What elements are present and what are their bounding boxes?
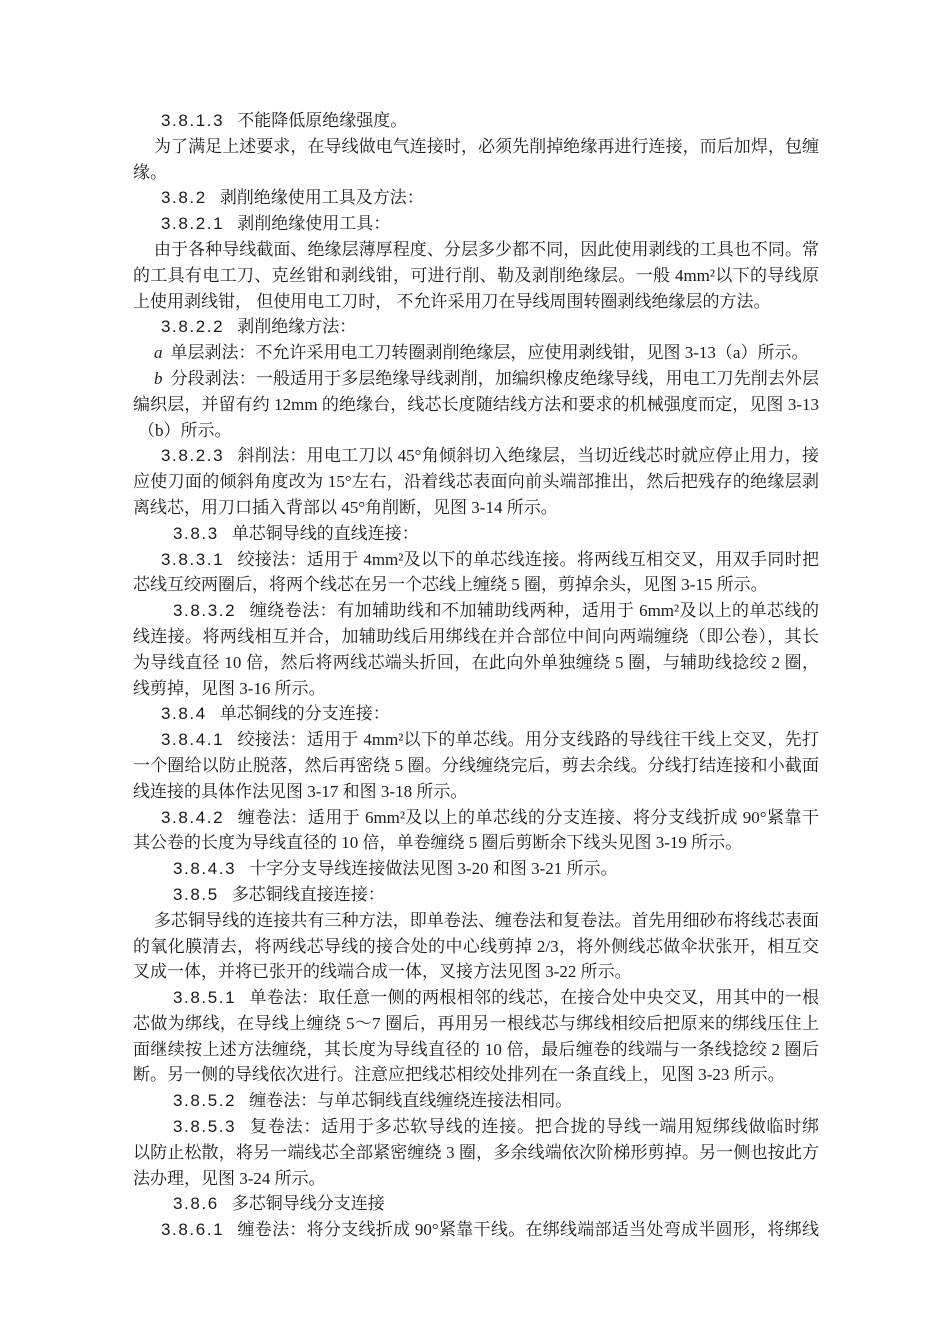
- line-text: （b）所示。: [138, 421, 232, 440]
- text-line: 面继续按上述方法缠绕，其长度为导线直径的 10 倍，最后缠卷的线端与一条线捻绞 …: [133, 1037, 819, 1063]
- line-text: 复卷法：适用于多芯软导线的连接。把合拢的导线一端用短绑线做临时绑扎、: [173, 1117, 819, 1140]
- text-line: 线连接。将两线相互并合，加辅助线后用绑线在并合部位中间向两端缠绕（即公卷），其长…: [133, 624, 819, 650]
- line-text: 离线芯，用刀口插入背部以 45°角削断，见图 3-14 所示。: [133, 498, 558, 517]
- line-text: 为导线直径 10 倍，然后将两线芯端头折回，在此向外单独缠绕 5 圈，与辅助线捻…: [133, 653, 819, 676]
- section-number: 3.8.3: [173, 524, 219, 543]
- text-line: 3.8.6多芯铜导线分支连接: [133, 1191, 819, 1217]
- text-line: 3.8.3.2缠绕卷法：有加辅助线和不加辅助线两种，适用于 6mm²及以上的单芯…: [133, 598, 819, 624]
- text-line: 芯做为绑线，在导线上缠绕 5～7 圈后，再用另一根线芯与绑线相绞后把原来的绑线压…: [133, 1011, 819, 1037]
- line-text: 缘。: [133, 163, 167, 182]
- section-number: 3.8.5.2: [173, 1091, 236, 1110]
- line-text: 以防止松散，将另一端线芯全部紧密缠绕 3 圈，多余线端依次阶梯形剪掉。另一侧也按…: [133, 1143, 819, 1162]
- section-number: 3.8.3.1: [161, 550, 224, 569]
- line-text: 应使刀面的倾斜角度改为 15°左右，沿着线芯表面向前头端部推出，然后把残存的绝缘…: [133, 472, 819, 491]
- line-text: 单卷法：取任意一侧的两根相邻的线芯，在接合处中央交叉，用其中的一根线: [173, 988, 819, 1011]
- line-text: 线连接的具体作法见图 3-17 和图 3-18 所示。: [133, 782, 467, 801]
- text-line: 3.8.2剥削绝缘使用工具及方法：: [133, 185, 819, 211]
- line-text: 分段剥法：一般适用于多层绝缘导线剥削，加编织橡皮绝缘导线，用电工刀先削去外层: [171, 369, 820, 388]
- text-line: 其公卷的长度为导线直径的 10 倍，单卷缠绕 5 圈后剪断余下线头见图 3-19…: [133, 830, 819, 856]
- line-text: 线连接。将两线相互并合，加辅助线后用绑线在并合部位中间向两端缠绕（即公卷），其长…: [133, 627, 819, 650]
- line-text: 多芯铜导线的连接共有三种方法，即单卷法、缠卷法和复卷法。首先用细砂布将线芯表面: [154, 911, 819, 930]
- text-line: 3.8.2.1剥削绝缘使用工具：: [133, 211, 819, 237]
- line-text: 的工具有电工刀、克丝钳和剥线钳，可进行削、勒及剥削绝缘层。一般 4mm²以下的导…: [133, 266, 819, 289]
- text-line: 一个圈给以防止脱落，然后再密绕 5 圈。分线缠绕完后，剪去余线。分线打结连接和小…: [133, 753, 819, 779]
- line-text: 的氧化膜清去，将两线芯导线的接合处的中心线剪掉 2/3，将外侧线芯做伞状张开，相…: [133, 937, 819, 960]
- section-number: 3.8.2.2: [161, 317, 224, 336]
- text-line: 缘。: [133, 160, 819, 186]
- text-line: 编织层，并留有约 12mm 的绝缘台，线芯长度随结线方法和要求的机械强度而定，见…: [133, 392, 819, 418]
- section-number: 3.8.5.1: [173, 988, 236, 1007]
- document-text: 3.8.1.3不能降低原绝缘强度。为了满足上述要求，在导线做电气连接时，必须先削…: [133, 108, 819, 1243]
- text-line: 线剪掉，见图 3-16 所示。: [133, 676, 819, 702]
- text-line: 法办理，见图 3-24 所示。: [133, 1166, 819, 1192]
- line-text: 单芯铜导线的直线连接：: [232, 524, 419, 543]
- section-number: 3.8.4.1: [161, 730, 224, 749]
- text-line: 3.8.4.1绞接法：适用于 4mm²以下的单芯线。用分支线路的导线往干线上交叉…: [133, 727, 819, 753]
- text-line: 以防止松散，将另一端线芯全部紧密缠绕 3 圈，多余线端依次阶梯形剪掉。另一侧也按…: [133, 1140, 819, 1166]
- line-text: 单芯铜线的分支连接：: [220, 704, 390, 723]
- text-line: 3.8.4.3十字分支导线连接做法见图 3-20 和图 3-21 所示。: [133, 856, 819, 882]
- text-line: 芯线互绞两圈后，将两个线芯在另一个芯线上缠绕 5 圈，剪掉余头，见图 3-15 …: [133, 572, 819, 598]
- line-text: 由于各种导线截面、绝缘层薄厚程度、分层多少都不同，因此使用剥线的工具也不同。常用: [154, 240, 819, 263]
- list-marker: a: [154, 343, 163, 362]
- line-text: 其公卷的长度为导线直径的 10 倍，单卷缠绕 5 圈后剪断余下线头见图 3-19…: [133, 833, 742, 852]
- line-text: 为了满足上述要求，在导线做电气连接时，必须先削掉绝缘再进行连接，而后加焊，包缠绝: [154, 137, 819, 160]
- text-line: 为了满足上述要求，在导线做电气连接时，必须先削掉绝缘再进行连接，而后加焊，包缠绝: [133, 134, 819, 160]
- text-line: 3.8.5.1单卷法：取任意一侧的两根相邻的线芯，在接合处中央交叉，用其中的一根…: [133, 985, 819, 1011]
- line-text: 缠卷法：将分支线折成 90°紧靠干线。在绑线端部适当处弯成半圆形，将绑线短: [161, 1220, 819, 1243]
- line-text: 斜削法：用电工刀以 45°角倾斜切入绝缘层，当切近线芯时就应停止用力，接着: [161, 446, 819, 469]
- line-text: 一个圈给以防止脱落，然后再密绕 5 圈。分线缠绕完后，剪去余线。分线打结连接和小…: [133, 756, 819, 779]
- line-text: 十字分支导线连接做法见图 3-20 和图 3-21 所示。: [249, 859, 617, 878]
- text-line: b分段剥法：一般适用于多层绝缘导线剥削，加编织橡皮绝缘导线，用电工刀先削去外层: [133, 366, 819, 392]
- section-number: 3.8.2.3: [161, 446, 224, 465]
- text-line: 断。另一侧的导线依次进行。注意应把线芯相绞处排列在一条直线上，见图 3-23 所…: [133, 1062, 819, 1088]
- text-line: a单层剥法：不允许采用电工刀转圈剥削绝缘层，应使用剥线钳，见图 3-13（a）所…: [133, 340, 819, 366]
- line-text: 上使用剥线钳， 但使用电工刀时， 不允许采用刀在导线周围转圈剥线绝缘层的方法。: [133, 292, 771, 311]
- document-page: 3.8.1.3不能降低原绝缘强度。为了满足上述要求，在导线做电气连接时，必须先削…: [0, 0, 950, 1344]
- section-number: 3.8.3.2: [173, 601, 236, 620]
- line-text: 芯做为绑线，在导线上缠绕 5～7 圈后，再用另一根线芯与绑线相绞后把原来的绑线压…: [133, 1014, 819, 1033]
- line-text: 缠卷法：与单芯铜线直线缠绕连接法相同。: [249, 1091, 572, 1110]
- section-number: 3.8.2.1: [161, 214, 224, 233]
- line-text: 绞接法：适用于 4mm²及以下的单芯线连接。将两线互相交叉，用双手同时把两: [161, 550, 819, 573]
- text-line: 3.8.2.3斜削法：用电工刀以 45°角倾斜切入绝缘层，当切近线芯时就应停止用…: [133, 443, 819, 469]
- line-text: 多芯铜线直接连接：: [232, 885, 385, 904]
- line-text: 断。另一侧的导线依次进行。注意应把线芯相绞处排列在一条直线上，见图 3-23 所…: [133, 1065, 785, 1084]
- section-number: 3.8.4: [161, 704, 207, 723]
- line-text: 剥削绝缘方法：: [237, 317, 356, 336]
- text-line: 3.8.1.3不能降低原绝缘强度。: [133, 108, 819, 134]
- text-line: 离线芯，用刀口插入背部以 45°角削断，见图 3-14 所示。: [133, 495, 819, 521]
- text-line: 3.8.6.1缠卷法：将分支线折成 90°紧靠干线。在绑线端部适当处弯成半圆形，…: [133, 1217, 819, 1243]
- line-text: 编织层，并留有约 12mm 的绝缘台，线芯长度随结线方法和要求的机械强度而定，见…: [133, 395, 819, 414]
- line-text: 单层剥法：不允许采用电工刀转圈剥削绝缘层，应使用剥线钳，见图 3-13（a）所示…: [171, 343, 809, 362]
- text-line: 应使刀面的倾斜角度改为 15°左右，沿着线芯表面向前头端部推出，然后把残存的绝缘…: [133, 469, 819, 495]
- text-line: 3.8.3.1绞接法：适用于 4mm²及以下的单芯线连接。将两线互相交叉，用双手…: [133, 547, 819, 573]
- section-number: 3.8.2: [161, 188, 207, 207]
- text-line: 多芯铜导线的连接共有三种方法，即单卷法、缠卷法和复卷法。首先用细砂布将线芯表面: [133, 908, 819, 934]
- section-number: 3.8.4.3: [173, 859, 236, 878]
- text-line: 的氧化膜清去，将两线芯导线的接合处的中心线剪掉 2/3，将外侧线芯做伞状张开，相…: [133, 934, 819, 960]
- text-line: 由于各种导线截面、绝缘层薄厚程度、分层多少都不同，因此使用剥线的工具也不同。常用: [133, 237, 819, 263]
- section-number: 3.8.5: [173, 885, 219, 904]
- line-text: 绞接法：适用于 4mm²以下的单芯线。用分支线路的导线往干线上交叉，先打好: [161, 730, 819, 753]
- text-line: 3.8.4.2缠卷法：适用于 6mm²及以上的单芯线的分支连接、将分支线折成 9…: [133, 805, 819, 831]
- line-text: 多芯铜导线分支连接: [232, 1194, 385, 1213]
- text-line: （b）所示。: [133, 418, 819, 444]
- section-number: 3.8.6: [173, 1194, 219, 1213]
- text-line: 线连接的具体作法见图 3-17 和图 3-18 所示。: [133, 779, 819, 805]
- text-line: 3.8.5多芯铜线直接连接：: [133, 882, 819, 908]
- section-number: 3.8.6.1: [161, 1220, 224, 1239]
- text-line: 3.8.4单芯铜线的分支连接：: [133, 701, 819, 727]
- text-line: 上使用剥线钳， 但使用电工刀时， 不允许采用刀在导线周围转圈剥线绝缘层的方法。: [133, 289, 819, 315]
- text-line: 3.8.2.2剥削绝缘方法：: [133, 314, 819, 340]
- list-marker: b: [154, 369, 163, 388]
- line-text: 剥削绝缘使用工具：: [237, 214, 390, 233]
- line-text: 叉成一体，并将已张开的线端合成一体，叉接方法见图 3-22 所示。: [133, 962, 632, 981]
- text-line: 的工具有电工刀、克丝钳和剥线钳，可进行削、勒及剥削绝缘层。一般 4mm²以下的导…: [133, 263, 819, 289]
- line-text: 线剪掉，见图 3-16 所示。: [133, 679, 326, 698]
- text-line: 为导线直径 10 倍，然后将两线芯端头折回，在此向外单独缠绕 5 圈，与辅助线捻…: [133, 650, 819, 676]
- line-text: 芯线互绞两圈后，将两个线芯在另一个芯线上缠绕 5 圈，剪掉余头，见图 3-15 …: [133, 575, 768, 594]
- section-number: 3.8.4.2: [161, 808, 224, 827]
- section-number: 3.8.1.3: [161, 111, 224, 130]
- text-line: 叉成一体，并将已张开的线端合成一体，叉接方法见图 3-22 所示。: [133, 959, 819, 985]
- text-line: 3.8.3单芯铜导线的直线连接：: [133, 521, 819, 547]
- line-text: 缠卷法：适用于 6mm²及以上的单芯线的分支连接、将分支线折成 90°紧靠干线，: [161, 808, 819, 831]
- line-text: 面继续按上述方法缠绕，其长度为导线直径的 10 倍，最后缠卷的线端与一条线捻绞 …: [133, 1040, 819, 1063]
- text-line: 3.8.5.3复卷法：适用于多芯软导线的连接。把合拢的导线一端用短绑线做临时绑扎…: [133, 1114, 819, 1140]
- line-text: 不能降低原绝缘强度。: [237, 111, 407, 130]
- line-text: 法办理，见图 3-24 所示。: [133, 1169, 326, 1188]
- text-line: 3.8.5.2缠卷法：与单芯铜线直线缠绕连接法相同。: [133, 1088, 819, 1114]
- line-text: 缠绕卷法：有加辅助线和不加辅助线两种，适用于 6mm²及以上的单芯线的直: [173, 601, 819, 624]
- section-number: 3.8.5.3: [173, 1117, 236, 1136]
- line-text: 剥削绝缘使用工具及方法：: [220, 188, 424, 207]
